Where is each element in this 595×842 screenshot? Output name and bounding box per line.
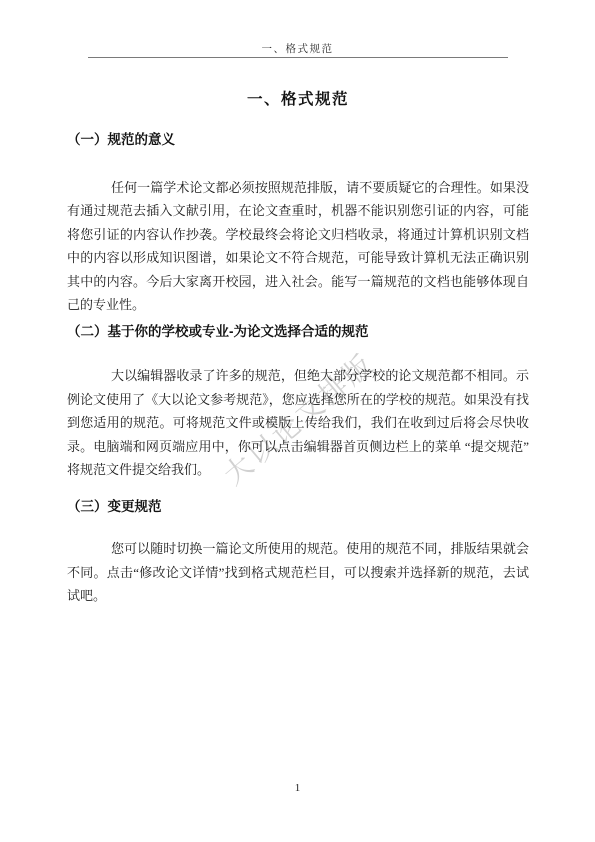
section-paragraph-3: 您可以随时切换一篇论文所使用的规范。使用的规范不同，排版结果就会不同。点击“修改… — [67, 537, 529, 607]
page-number: 1 — [0, 782, 595, 794]
section-heading-3: （三）变更规范 — [67, 499, 529, 515]
section-heading-1: （一）规范的意义 — [67, 132, 529, 148]
section-heading-2: （二）基于你的学校或专业-为论文选择合适的规范 — [67, 324, 529, 340]
page-title: 一、格式规范 — [67, 90, 529, 110]
section-paragraph-2: 大以编辑器收录了许多的规范，但绝大部分学校的论文规范都不相同。示例论文使用了《大… — [67, 364, 529, 481]
content-column: 一、格式规范 （一）规范的意义 任何一篇学术论文都必须按照规范排版，请不要质疑它… — [67, 0, 529, 608]
document-page: 一、格式规范 大以论文排版 一、格式规范 （一）规范的意义 任何一篇学术论文都必… — [0, 0, 595, 842]
section-paragraph-1: 任何一篇学术论文都必须按照规范排版，请不要质疑它的合理性。如果没有通过规范去插入… — [67, 176, 529, 316]
